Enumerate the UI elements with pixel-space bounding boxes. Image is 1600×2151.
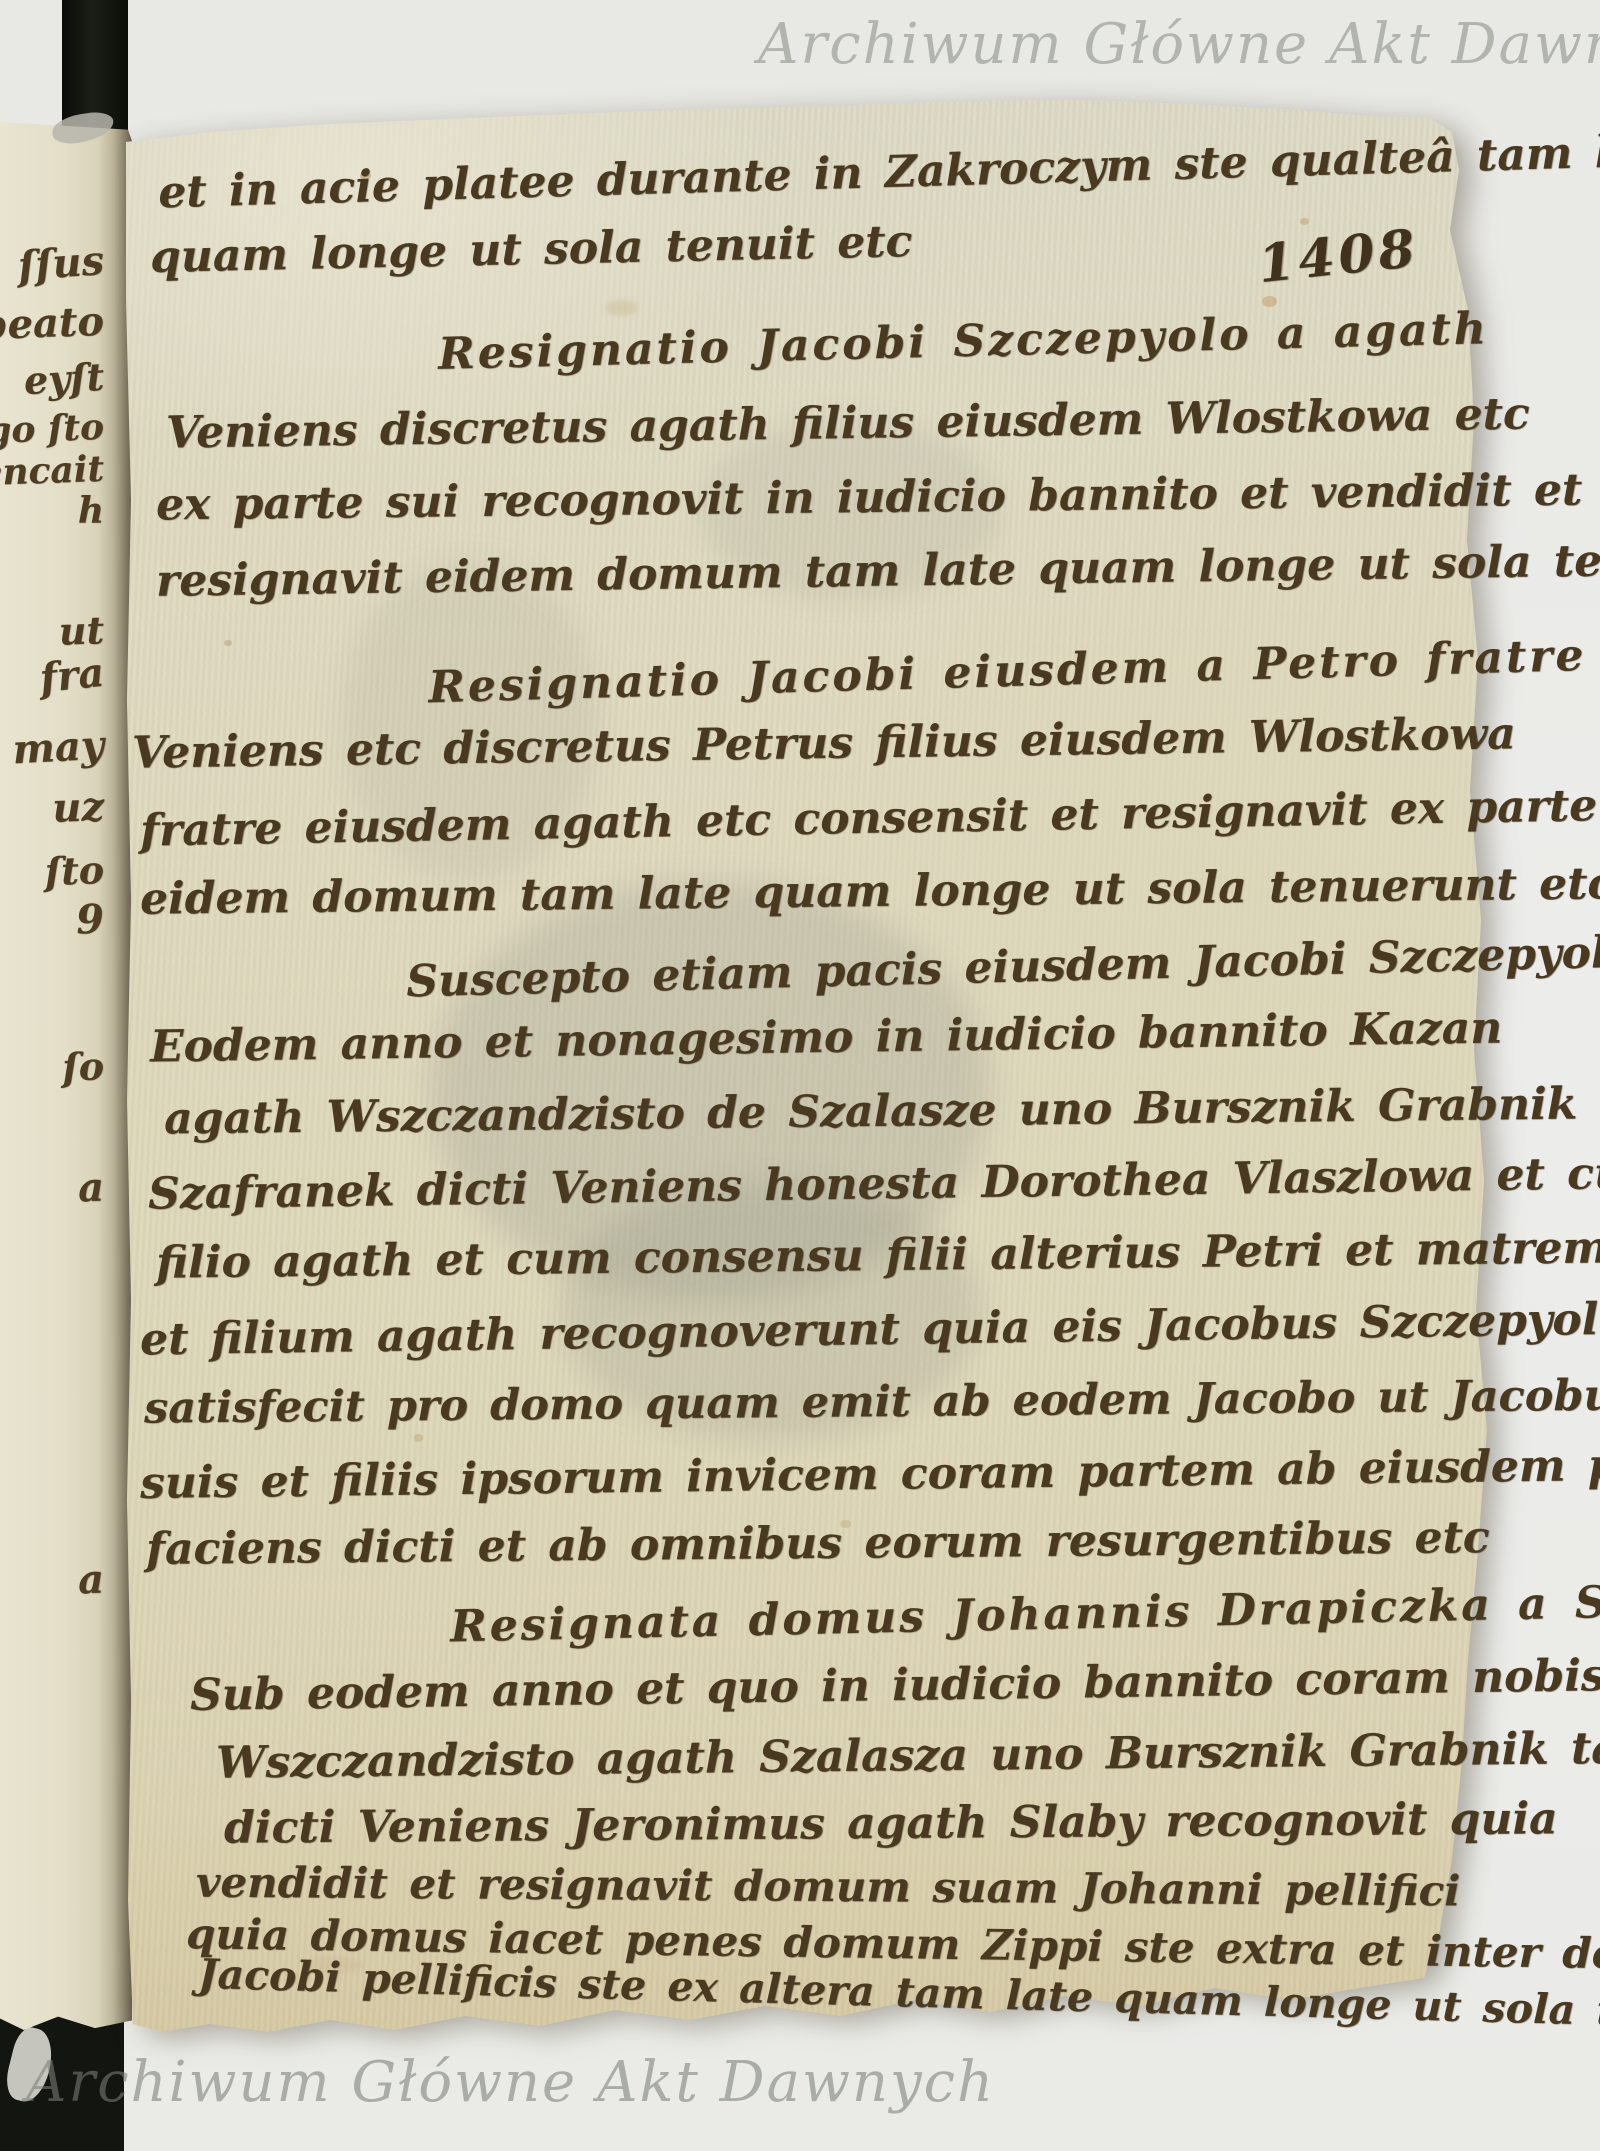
manuscript-line: dicti Veniens Jeronimus agath Slaby reco…	[224, 1793, 1558, 1853]
paper-stain	[606, 300, 638, 316]
paper-stain	[224, 640, 232, 646]
paper-stain	[414, 1434, 423, 1442]
paper-stain	[1300, 218, 1309, 225]
paper-stain	[1262, 296, 1277, 307]
manuscript-line: vendidit et resignavit domum suam Johann…	[196, 1858, 1461, 1916]
